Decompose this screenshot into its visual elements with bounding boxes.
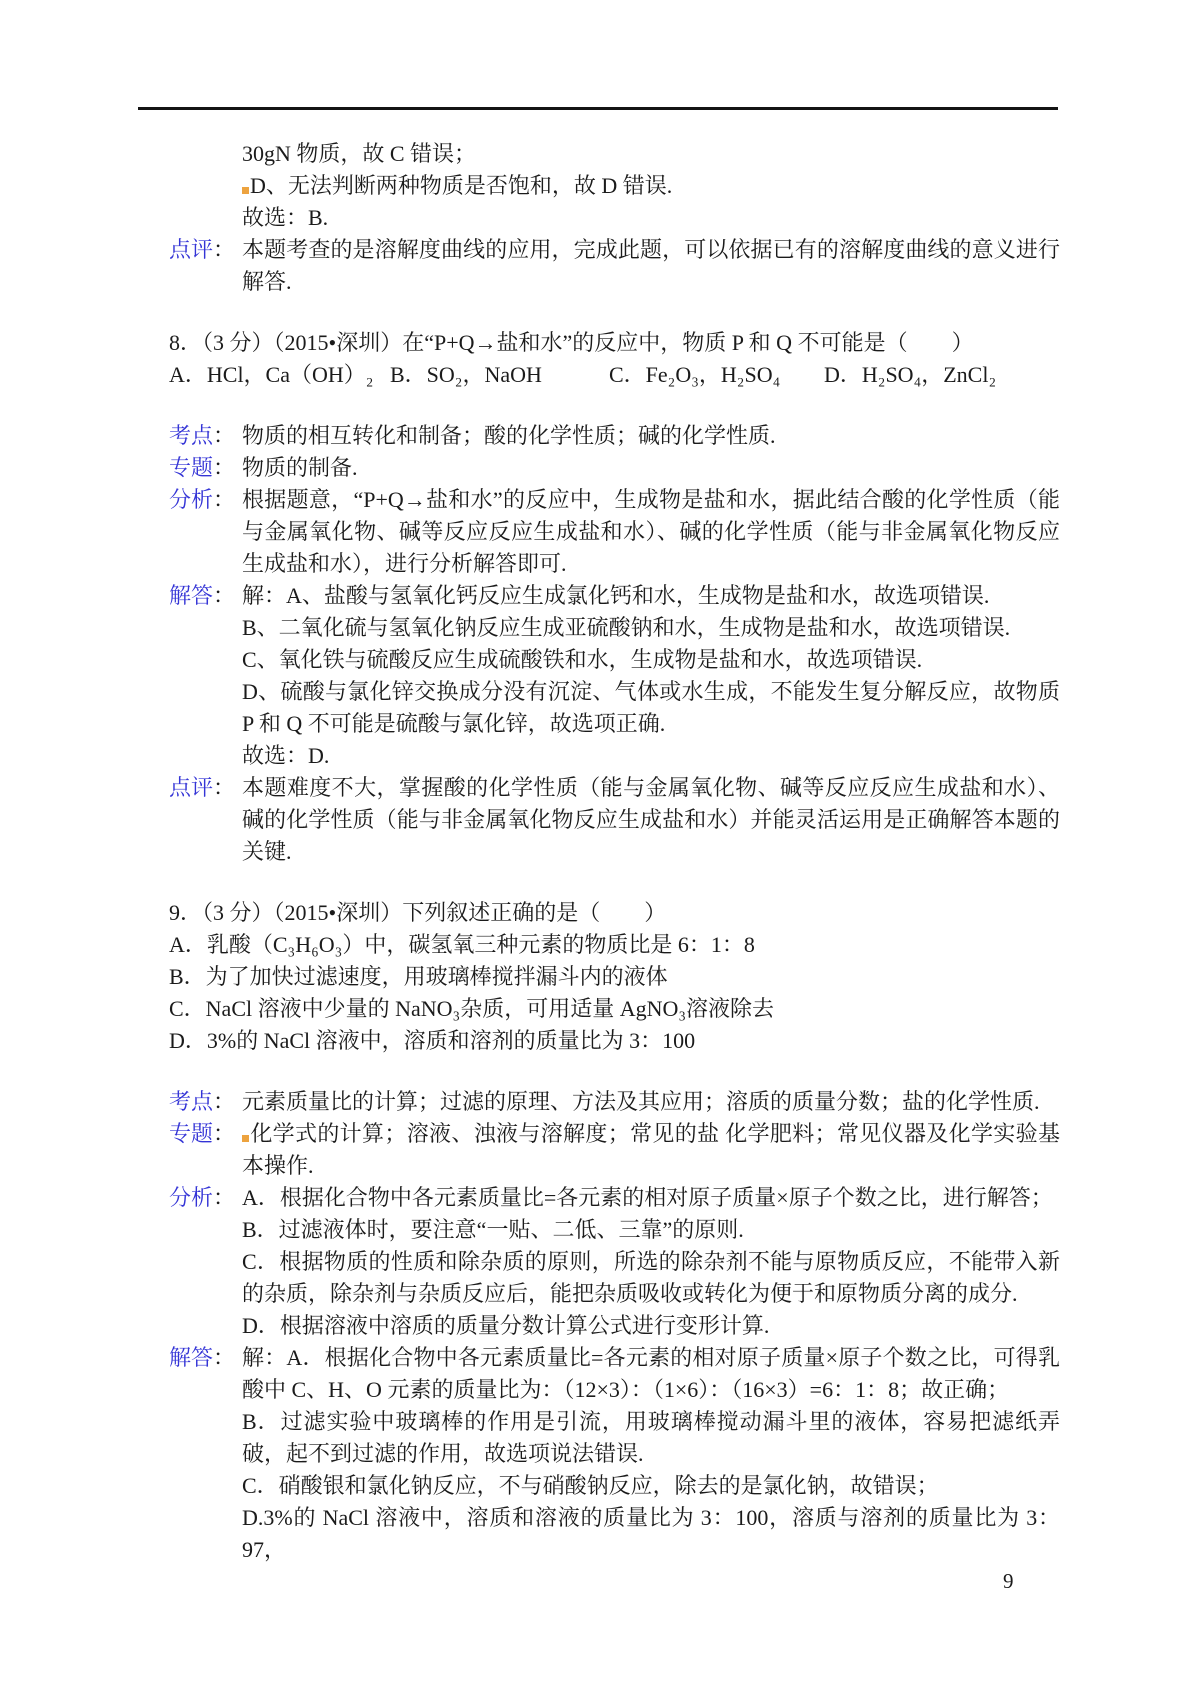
- section-kaodian: 考点： 元素质量比的计算；过滤的原理、方法及其应用；溶质的质量分数；盐的化学性质…: [169, 1086, 1060, 1118]
- section-label: 分析: [169, 487, 213, 512]
- answer-line: 30gN 物质，故 C 错误；: [242, 138, 1060, 170]
- label-colon: ：: [213, 1089, 235, 1114]
- section-text: 故选：D.: [242, 740, 1060, 772]
- document-page: 30gN 物质，故 C 错误； D、无法判断两种物质是否饱和，故 D 错误. 故…: [0, 0, 1200, 1698]
- section-text: 物质的制备.: [242, 452, 1060, 484]
- label-colon: ：: [213, 455, 235, 480]
- section-text: B、二氧化硫与氢氧化钠反应生成亚硫酸钠和水，生成物是盐和水，故选项错误.: [242, 612, 1060, 644]
- section-text: B．过滤实验中玻璃棒的作用是引流，用玻璃棒搅动漏斗里的液体，容易把滤纸弄破，起不…: [242, 1406, 1060, 1470]
- section-label: 考点: [169, 1089, 213, 1114]
- option-a: A．HCl，Ca（OH）₂: [169, 359, 390, 391]
- page-number: 9: [1003, 1566, 1014, 1596]
- section-zhuanti: 专题： 化学式的计算；溶液、浊液与溶解度；常见的盐 化学肥料；常见仪器及化学实验…: [169, 1118, 1060, 1182]
- section-kaodian: 考点： 物质的相互转化和制备；酸的化学性质；碱的化学性质.: [169, 420, 1060, 452]
- section-text: A．根据化合物中各元素质量比=各元素的相对原子质量×原子个数之比，进行解答；: [242, 1182, 1060, 1214]
- option-b: B．为了加快过滤速度，用玻璃棒搅拌漏斗内的液体: [169, 961, 1060, 993]
- label-colon: ：: [213, 583, 235, 608]
- section-label: 点评: [169, 775, 213, 800]
- label-colon: ：: [213, 237, 235, 262]
- section-text: C．根据物质的性质和除杂质的原则，所选的除杂剂不能与原物质反应，不能带入新的杂质…: [242, 1246, 1060, 1310]
- section-label: 分析: [169, 1185, 213, 1210]
- option-c: C．Fe₂O₃，H₂SO₄: [609, 359, 824, 391]
- option-d: D．3%的 NaCl 溶液中，溶质和溶剂的质量比为 3：100: [169, 1025, 1060, 1057]
- section-dianping: 点评： 本题难度不大，掌握酸的化学性质（能与金属氧化物、碱等反应反应生成盐和水）…: [169, 772, 1060, 868]
- question-9: 9．（3 分）（2015•深圳）下列叙述正确的是（ ） A．乳酸（C₃H₆O₃）…: [169, 897, 1060, 1566]
- section-label: 专题: [169, 455, 213, 480]
- section-text: B．过滤液体时，要注意“一贴、二低、三靠”的原则.: [242, 1214, 1060, 1246]
- label-colon: ：: [213, 1121, 235, 1146]
- section-text: D.3%的 NaCl 溶液中，溶质和溶液的质量比为 3：100，溶质与溶剂的质量…: [242, 1502, 1060, 1566]
- option-a: A．乳酸（C₃H₆O₃）中，碳氢氧三种元素的物质比是 6：1：8: [169, 929, 1060, 961]
- option-c: C．NaCl 溶液中少量的 NaNO₃杂质，可用适量 AgNO₃溶液除去: [169, 993, 1060, 1025]
- options-row: A．HCl，Ca（OH）₂B．SO₂，NaOHC．Fe₂O₃，H₂SO₄D．H₂…: [169, 359, 1060, 391]
- section-fenxi: 分析： A．根据化合物中各元素质量比=各元素的相对原子质量×原子个数之比，进行解…: [169, 1182, 1060, 1342]
- annotation-sections: 考点： 元素质量比的计算；过滤的原理、方法及其应用；溶质的质量分数；盐的化学性质…: [169, 1086, 1060, 1566]
- label-colon: ：: [213, 487, 235, 512]
- section-text: 本题难度不大，掌握酸的化学性质（能与金属氧化物、碱等反应反应生成盐和水）、碱的化…: [242, 772, 1060, 868]
- section-text: D、硫酸与氯化锌交换成分没有沉淀、气体或水生成，不能发生复分解反应，故物质 P …: [242, 676, 1060, 740]
- section-label: 专题: [169, 1121, 213, 1146]
- section-label: 点评: [169, 237, 213, 262]
- section-text: 解：A．根据化合物中各元素质量比=各元素的相对原子质量×原子个数之比，可得乳酸中…: [242, 1342, 1060, 1406]
- section-zhuanti: 专题： 物质的制备.: [169, 452, 1060, 484]
- option-d: D．H₂SO₄，ZnCl₂: [824, 359, 996, 391]
- previous-answer-tail: 30gN 物质，故 C 错误； D、无法判断两种物质是否饱和，故 D 错误. 故…: [169, 138, 1060, 234]
- document-body: 30gN 物质，故 C 错误； D、无法判断两种物质是否饱和，故 D 错误. 故…: [169, 138, 1060, 1566]
- label-colon: ：: [213, 775, 235, 800]
- section-text-content: 化学式的计算；溶液、浊液与溶解度；常见的盐 化学肥料；常见仪器及化学实验基本操作…: [242, 1121, 1060, 1178]
- section-text: 元素质量比的计算；过滤的原理、方法及其应用；溶质的质量分数；盐的化学性质.: [242, 1086, 1060, 1118]
- section-label: 考点: [169, 423, 213, 448]
- section-fenxi: 分析： 根据题意，“P+Q→盐和水”的反应中，生成物是盐和水，据此结合酸的化学性…: [169, 484, 1060, 580]
- section-text: 化学式的计算；溶液、浊液与溶解度；常见的盐 化学肥料；常见仪器及化学实验基本操作…: [242, 1118, 1060, 1182]
- section-label: 解答: [169, 583, 213, 608]
- section-text: 物质的相互转化和制备；酸的化学性质；碱的化学性质.: [242, 420, 1060, 452]
- label-colon: ：: [213, 1345, 235, 1370]
- comment-row: 点评： 本题考查的是溶解度曲线的应用，完成此题，可以依据已有的溶解度曲线的意义进…: [169, 234, 1060, 298]
- question-8: 8．（3 分）（2015•深圳）在“P+Q→盐和水”的反应中，物质 P 和 Q …: [169, 327, 1060, 868]
- label-colon: ：: [213, 423, 235, 448]
- answer-line-text: D、无法判断两种物质是否饱和，故 D 错误.: [250, 173, 672, 198]
- annotation-sections: 考点： 物质的相互转化和制备；酸的化学性质；碱的化学性质. 专题： 物质的制备.…: [169, 420, 1060, 868]
- section-text: C、氧化铁与硫酸反应生成硫酸铁和水，生成物是盐和水，故选项错误.: [242, 644, 1060, 676]
- answer-line: 故选：B.: [242, 202, 1060, 234]
- section-jieda: 解答： 解：A．根据化合物中各元素质量比=各元素的相对原子质量×原子个数之比，可…: [169, 1342, 1060, 1566]
- section-text: D．根据溶液中溶质的质量分数计算公式进行变形计算.: [242, 1310, 1060, 1342]
- header-divider-rule: [138, 107, 1058, 110]
- section-label: 解答: [169, 1345, 213, 1370]
- section-jieda: 解答： 解：A、盐酸与氢氧化钙反应生成氯化钙和水，生成物是盐和水，故选项错误. …: [169, 580, 1060, 772]
- section-text: 根据题意，“P+Q→盐和水”的反应中，生成物是盐和水，据此结合酸的化学性质（能与…: [242, 484, 1060, 580]
- section-text: C．硝酸银和氯化钠反应，不与硝酸钠反应，除去的是氯化钠，故错误；: [242, 1470, 1060, 1502]
- label-colon: ：: [213, 1185, 235, 1210]
- section-text: 解：A、盐酸与氢氧化钙反应生成氯化钙和水，生成物是盐和水，故选项错误.: [242, 580, 1060, 612]
- highlight-mark-icon: [242, 187, 249, 194]
- highlight-mark-icon: [242, 1135, 249, 1142]
- question-stem: 9．（3 分）（2015•深圳）下列叙述正确的是（ ）: [169, 897, 1060, 929]
- section-text: 本题考查的是溶解度曲线的应用，完成此题，可以依据已有的溶解度曲线的意义进行解答.: [242, 234, 1060, 298]
- question-stem: 8．（3 分）（2015•深圳）在“P+Q→盐和水”的反应中，物质 P 和 Q …: [169, 327, 1060, 359]
- option-b: B．SO₂，NaOH: [390, 359, 609, 391]
- answer-line: D、无法判断两种物质是否饱和，故 D 错误.: [242, 170, 1060, 202]
